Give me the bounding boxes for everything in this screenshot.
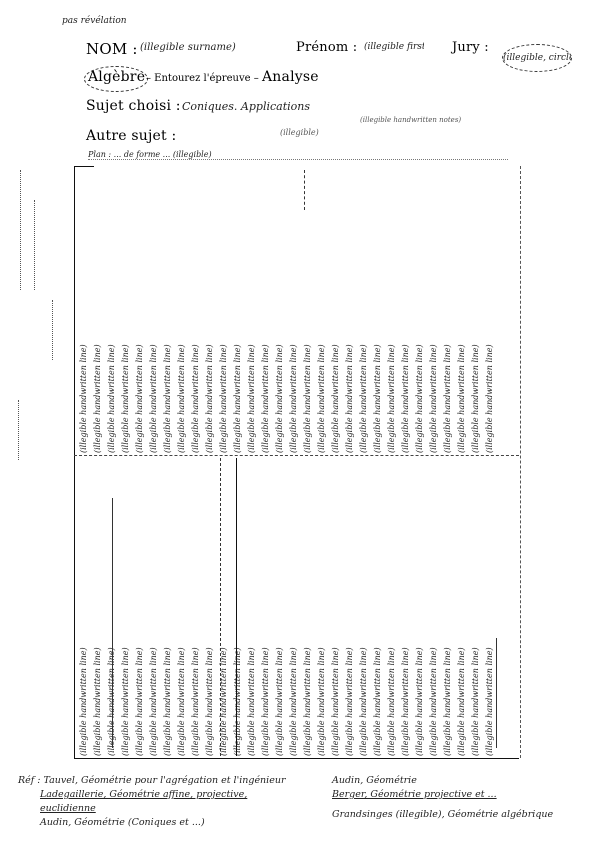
plan-line: (illegible handwritten line): [400, 168, 413, 453]
plan-line: (illegible handwritten line): [78, 458, 91, 756]
plan-line: (illegible handwritten line): [288, 168, 301, 453]
plan-line: (illegible handwritten line): [428, 458, 441, 756]
prenom-label: Prénom :: [296, 40, 357, 55]
plan-line: (illegible handwritten line): [358, 168, 371, 453]
section-rule: [236, 458, 237, 756]
plan-line: (illegible handwritten line): [134, 458, 147, 756]
plan-line: (illegible handwritten line): [386, 458, 399, 756]
autre-label: Autre sujet :: [86, 128, 176, 144]
reference-item: Audin, Géométrie (Coniques et ...): [18, 816, 298, 830]
reference-item: Audin, Géométrie: [332, 774, 582, 788]
plan-line: (illegible handwritten line): [274, 168, 287, 453]
plan-line: (illegible handwritten line): [288, 458, 301, 756]
plan-line: (illegible handwritten line): [232, 458, 245, 756]
jury-value: (illegible, circled): [503, 45, 571, 71]
plan-line: (illegible handwritten line): [190, 168, 203, 453]
autre-notes: (illegible handwritten notes): [360, 116, 560, 124]
margin-mark: [18, 400, 20, 460]
plan-line: (illegible handwritten line): [386, 168, 399, 453]
sujet-label: Sujet choisi :: [86, 98, 181, 114]
box-mark: [304, 170, 305, 210]
plan-line: (illegible handwritten line): [134, 168, 147, 453]
plan-upper-section: (illegible handwritten line) (illegible …: [76, 168, 516, 453]
reference-item: Ladegaillerie, Géométrie affine, project…: [18, 788, 298, 816]
plan-line: (illegible handwritten line): [120, 168, 133, 453]
plan-title-line: Plan : ... de forme ... (illegible): [88, 150, 508, 160]
plan-line: (illegible handwritten line): [162, 168, 175, 453]
plan-line: (illegible handwritten line): [78, 168, 91, 453]
references-label: Réf :: [18, 775, 41, 786]
plan-line: (illegible handwritten line): [344, 168, 357, 453]
reference-item: Berger, Géométrie projective et ...: [332, 788, 582, 802]
section-rule: [496, 638, 497, 748]
plan-line: (illegible handwritten line): [456, 168, 469, 453]
plan-line: (illegible handwritten line): [442, 168, 455, 453]
plan-line: (illegible handwritten line): [106, 168, 119, 453]
option-analyse: Analyse: [262, 69, 319, 85]
plan-line: (illegible handwritten line): [358, 458, 371, 756]
margin-mark: [20, 170, 22, 290]
plan-line: (illegible handwritten line): [260, 168, 273, 453]
jury-circle: (illegible, circled): [502, 44, 572, 72]
plan-line: (illegible handwritten line): [414, 168, 427, 453]
option-separator: – Entourez l'épreuve –: [146, 73, 259, 84]
top-note: pas révélation: [62, 16, 127, 26]
plan-line: (illegible handwritten line): [190, 458, 203, 756]
section-rule: [220, 458, 221, 756]
nom-label: NOM :: [86, 40, 138, 58]
plan-lower-section: (illegible handwritten line) (illegible …: [76, 458, 516, 756]
plan-line: (illegible handwritten line): [302, 168, 315, 453]
plan-line: (illegible handwritten line): [92, 458, 105, 756]
references-right: Audin, Géométrie Berger, Géométrie proje…: [332, 774, 582, 822]
plan-line: (illegible handwritten line): [302, 458, 315, 756]
plan-line: (illegible handwritten line): [372, 168, 385, 453]
autre-value: (illegible): [280, 128, 319, 137]
plan-line: (illegible handwritten line): [148, 168, 161, 453]
plan-line: (illegible handwritten line): [274, 458, 287, 756]
plan-line: (illegible handwritten line): [204, 168, 217, 453]
plan-line: (illegible handwritten line): [92, 168, 105, 453]
plan-line: (illegible handwritten line): [246, 458, 259, 756]
plan-line: (illegible handwritten line): [316, 168, 329, 453]
plan-line: (illegible handwritten line): [120, 458, 133, 756]
plan-line: (illegible handwritten line): [414, 458, 427, 756]
prenom-value: (illegible first name): [364, 42, 424, 52]
plan-line: (illegible handwritten line): [204, 458, 217, 756]
plan-line: (illegible handwritten line): [246, 168, 259, 453]
margin-mark: [52, 300, 54, 360]
option-algebre: Algèbre: [88, 69, 145, 85]
reference-item: Tauvel, Géométrie pour l'agrégation et l…: [44, 775, 286, 786]
plan-line: (illegible handwritten line): [148, 458, 161, 756]
reference-item: Grandsinges (illegible), Géométrie algéb…: [332, 802, 582, 822]
plan-line: (illegible handwritten line): [484, 168, 497, 453]
margin-mark: [34, 200, 36, 290]
section-divider: [74, 455, 519, 456]
plan-line: (illegible handwritten line): [218, 168, 231, 453]
plan-line: (illegible handwritten line): [344, 458, 357, 756]
sujet-value: Coniques. Applications: [182, 100, 310, 113]
plan-line: (illegible handwritten line): [162, 458, 175, 756]
jury-label: Jury :: [452, 40, 489, 55]
section-rule: [112, 498, 113, 748]
frame-bottom: [74, 758, 519, 759]
plan-line: (illegible handwritten line): [400, 458, 413, 756]
plan-line: (illegible handwritten line): [232, 168, 245, 453]
plan-line: (illegible handwritten line): [316, 458, 329, 756]
plan-line: (illegible handwritten line): [470, 168, 483, 453]
plan-line: (illegible handwritten line): [456, 458, 469, 756]
plan-line: (illegible handwritten line): [428, 168, 441, 453]
references-left: Réf : Tauvel, Géométrie pour l'agrégatio…: [18, 774, 298, 830]
plan-line: (illegible handwritten line): [176, 458, 189, 756]
plan-line: (illegible handwritten line): [260, 458, 273, 756]
plan-line: (illegible handwritten line): [470, 458, 483, 756]
plan-line: (illegible handwritten line): [176, 168, 189, 453]
frame-top-tick: [74, 166, 94, 167]
plan-line: (illegible handwritten line): [442, 458, 455, 756]
plan-line: (illegible handwritten line): [372, 458, 385, 756]
nom-value: (illegible surname): [140, 42, 236, 53]
plan-line: (illegible handwritten line): [330, 168, 343, 453]
plan-line: (illegible handwritten line): [330, 458, 343, 756]
